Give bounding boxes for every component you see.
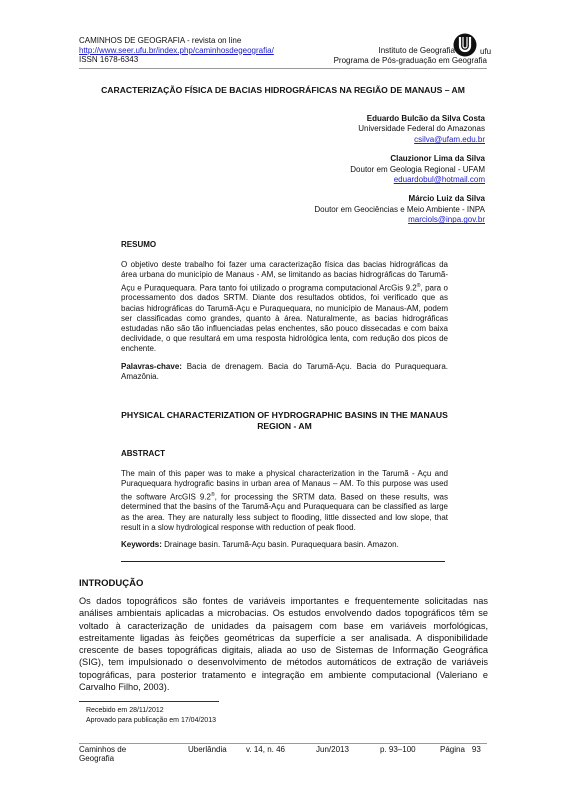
header-divider — [79, 68, 487, 69]
paper-title: CARACTERIZAÇÃO FÍSICA DE BACIAS HIDROGRÁ… — [79, 85, 487, 95]
abstract-divider — [121, 561, 445, 562]
palavras-chave: Palavras-chave: Bacia de drenagem. Bacia… — [121, 362, 448, 382]
author-affiliation: Universidade Federal do Amazonas — [314, 124, 485, 134]
resumo-text: O objetivo deste trabalho foi fazer uma … — [121, 260, 448, 354]
author-email-link[interactable]: marciols@inpa.gov.br — [408, 215, 485, 224]
journal-name: CAMINHOS DE GEOGRAFIA - revista on line — [79, 36, 274, 46]
resumo-heading: RESUMO — [121, 240, 448, 250]
keywords: Keywords: Drainage basin. Tarumã-Açu bas… — [121, 540, 448, 550]
footer-journal: Caminhos de Geografia — [79, 745, 146, 763]
abstract-heading: ABSTRACT — [121, 449, 448, 459]
approved-date: Aprovado para publicação em 17/04/2013 — [86, 716, 216, 726]
footer-divider — [79, 743, 487, 744]
footer-page-label: Página — [440, 745, 465, 763]
introduction-text: Os dados topográficos são fontes de vari… — [79, 595, 488, 693]
ufu-label: ufu — [480, 47, 491, 56]
abstract-section: ABSTRACT The main of this paper was to m… — [121, 449, 448, 550]
ufu-logo-icon — [452, 33, 478, 57]
author-3: Márcio Luiz da Silva Doutor em Geociênci… — [314, 194, 485, 225]
page-footer: Caminhos de Geografia Uberlândia v. 14, … — [79, 745, 487, 763]
footer-date: Jun/2013 — [316, 745, 376, 763]
author-name: Clauzionor Lima da Silva — [314, 154, 485, 164]
author-affiliation: Doutor em Geologia Regional - UFAM — [314, 165, 485, 175]
introduction-heading: INTRODUÇÃO — [79, 578, 143, 589]
author-name: Eduardo Bulcão da Silva Costa — [314, 114, 485, 124]
author-list: Eduardo Bulcão da Silva Costa Universida… — [314, 114, 485, 235]
resumo-section: RESUMO O objetivo deste trabalho foi faz… — [121, 240, 448, 382]
footnotes: Recebido em 28/11/2012 Aprovado para pub… — [86, 706, 216, 726]
abstract-text: The main of this paper was to make a phy… — [121, 469, 448, 533]
footnote-divider — [79, 701, 219, 702]
received-date: Recebido em 28/11/2012 — [86, 706, 216, 716]
author-2: Clauzionor Lima da Silva Doutor em Geolo… — [314, 154, 485, 185]
institute-name: Instituto de Geografia — [334, 46, 455, 56]
author-1: Eduardo Bulcão da Silva Costa Universida… — [314, 114, 485, 145]
program-name: Programa de Pós-graduação em Geografia — [334, 56, 487, 66]
footer-city: Uberlândia — [188, 745, 246, 763]
footer-volume: v. 14, n. 46 — [246, 745, 311, 763]
footer-page-number: 93 — [472, 745, 481, 763]
author-email-link[interactable]: csilva@ufam.edu.br — [414, 135, 485, 144]
issn: ISSN 1678-6343 — [79, 55, 274, 65]
journal-url-link[interactable]: http://www.seer.ufu.br/index.php/caminho… — [79, 46, 274, 55]
author-name: Márcio Luiz da Silva — [314, 194, 485, 204]
english-title: PHYSICAL CHARACTERIZATION OF HYDROGRAPHI… — [121, 410, 448, 432]
author-affiliation: Doutor em Geociências e Meio Ambiente - … — [314, 205, 485, 215]
footer-pages: p. 93–100 — [380, 745, 436, 763]
journal-header: CAMINHOS DE GEOGRAFIA - revista on line … — [79, 36, 274, 65]
author-email-link[interactable]: eduardobul@hotmail.com — [394, 175, 485, 184]
